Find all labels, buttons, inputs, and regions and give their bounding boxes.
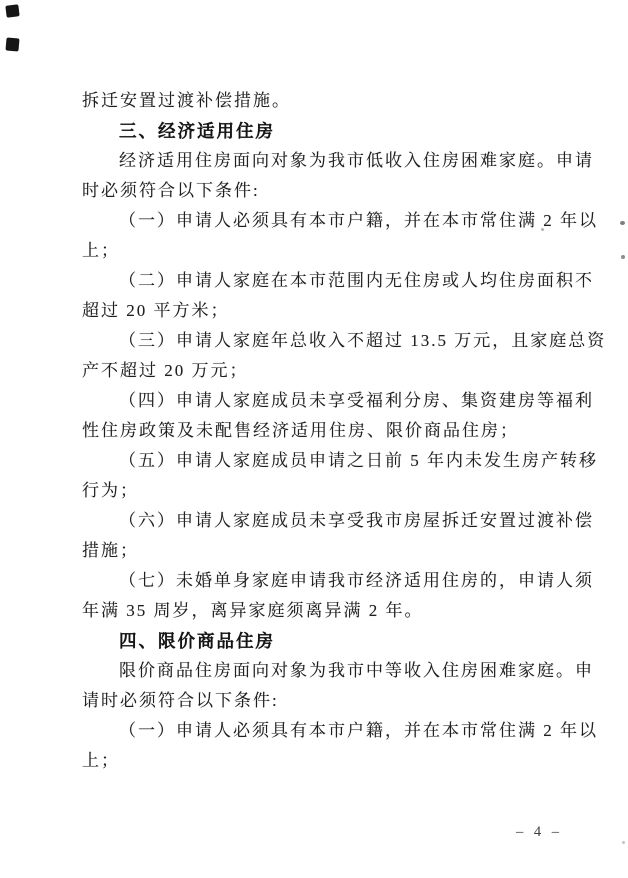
text-line: 请时必须符合以下条件: bbox=[82, 686, 574, 716]
text-line: （四）申请人家庭成员未享受福利分房、集资建房等福利 bbox=[82, 386, 574, 416]
scan-speck bbox=[622, 841, 625, 844]
scan-binding-mark-icon bbox=[5, 4, 19, 17]
page-number: – 4 – bbox=[516, 824, 560, 841]
text-line: 超过 20 平方米； bbox=[82, 296, 574, 326]
text-line: （七）未婚单身家庭申请我市经济适用住房的，申请人须 bbox=[82, 566, 574, 596]
text-line: 产不超过 20 万元； bbox=[82, 356, 574, 386]
section-heading: 三、经济适用住房 bbox=[82, 116, 574, 146]
text-line: （一）申请人必须具有本市户籍，并在本市常住满 2 年以 bbox=[82, 206, 574, 236]
text-line: （三）申请人家庭年总收入不超过 13.5 万元，且家庭总资 bbox=[82, 326, 574, 356]
text-line: 上； bbox=[82, 236, 574, 266]
scan-binding-mark-icon bbox=[5, 37, 19, 51]
text-line: （一）申请人必须具有本市户籍，并在本市常住满 2 年以 bbox=[82, 716, 574, 746]
text-line: 限价商品住房面向对象为我市中等收入住房困难家庭。申 bbox=[82, 656, 574, 686]
text-line: 拆迁安置过渡补偿措施。 bbox=[82, 86, 574, 116]
text-line: 上； bbox=[82, 746, 574, 776]
text-line: 经济适用住房面向对象为我市低收入住房困难家庭。申请 bbox=[82, 146, 574, 176]
scan-speck bbox=[620, 221, 625, 225]
text-line: （五）申请人家庭成员申请之日前 5 年内未发生房产转移 bbox=[82, 446, 574, 476]
text-line: 措施； bbox=[82, 536, 574, 566]
text-line: 行为； bbox=[82, 476, 574, 506]
scan-speck bbox=[621, 255, 625, 259]
text-line: 年满 35 周岁，离异家庭须离异满 2 年。 bbox=[82, 596, 574, 626]
text-line: 性住房政策及未配售经济适用住房、限价商品住房； bbox=[82, 416, 574, 446]
section-heading: 四、限价商品住房 bbox=[82, 626, 574, 656]
document-body: 拆迁安置过渡补偿措施。三、经济适用住房经济适用住房面向对象为我市低收入住房困难家… bbox=[82, 86, 574, 776]
text-line: 时必须符合以下条件: bbox=[82, 176, 574, 206]
scanned-document-page: 拆迁安置过渡补偿措施。三、经济适用住房经济适用住房面向对象为我市低收入住房困难家… bbox=[0, 0, 628, 878]
text-line: （六）申请人家庭成员未享受我市房屋拆迁安置过渡补偿 bbox=[82, 506, 574, 536]
text-line: （二）申请人家庭在本市范围内无住房或人均住房面积不 bbox=[82, 266, 574, 296]
